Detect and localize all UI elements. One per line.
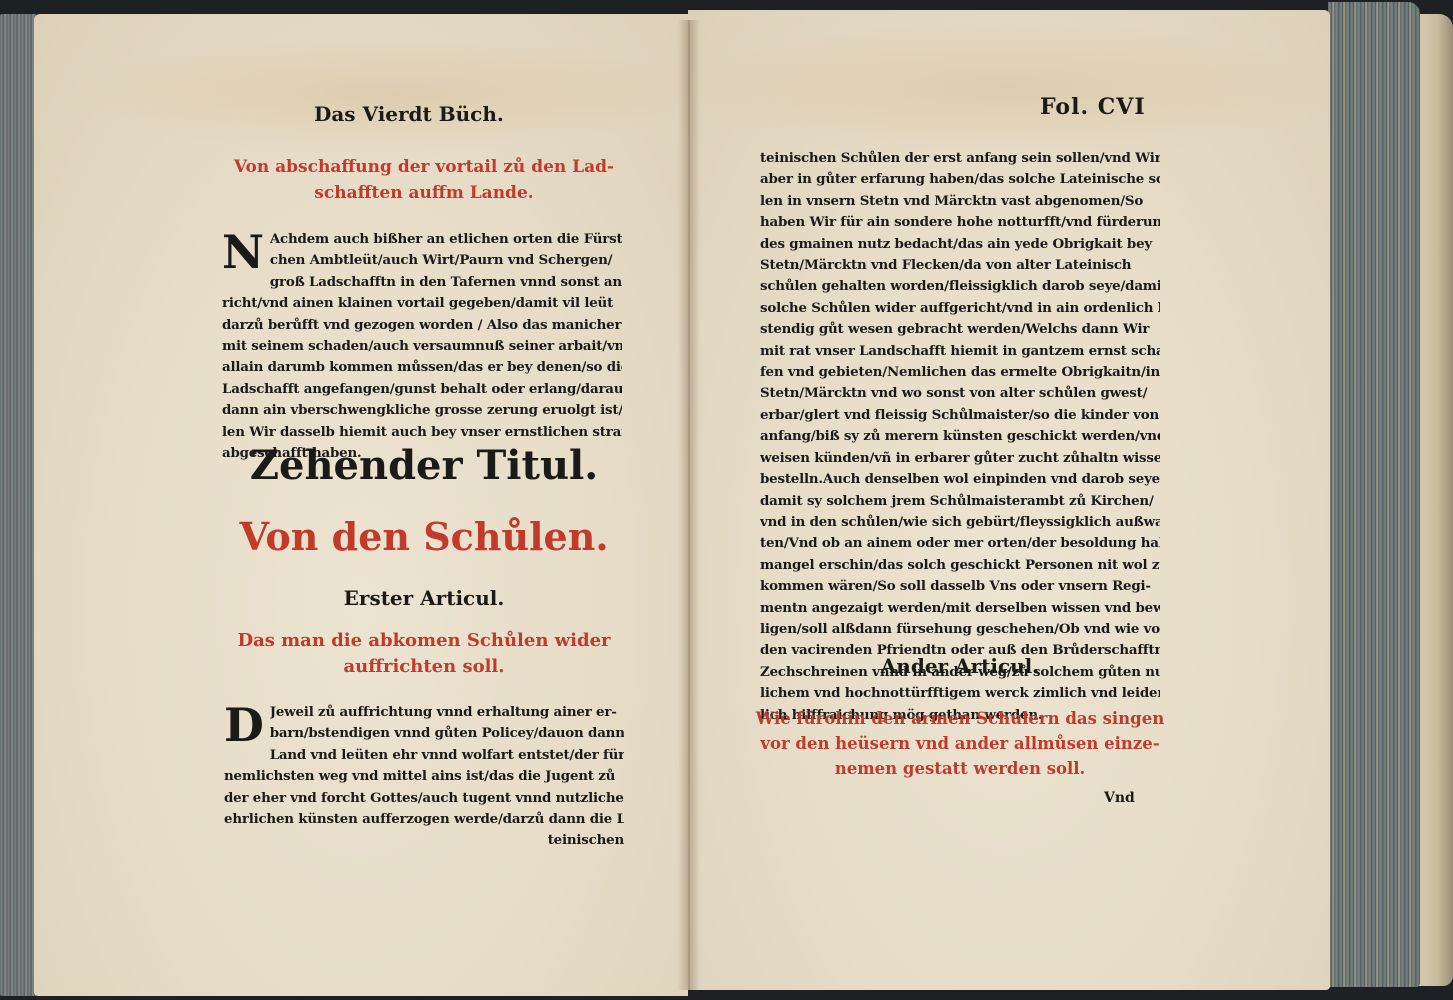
chapter-subtitle: Von den Schůlen.	[224, 514, 624, 559]
text-line: bestelln.Auch denselben wol einpinden vn…	[760, 469, 1160, 490]
text-line: kommen wären/So soll dasselb Vns oder vn…	[760, 576, 1160, 597]
right-page-stack	[1328, 2, 1420, 987]
catchword: Vnd	[1104, 790, 1135, 806]
text-line: lichem vnd hochnottürfftigem werck zimli…	[760, 683, 1160, 704]
text-line: weisen künden/vñ in erbarer gůter zucht …	[760, 448, 1160, 469]
text-line: Achdem auch bißher an etlichen orten die…	[270, 229, 622, 250]
paragraph-schulen: D Jeweil zů auffrichtung vnnd erhaltung …	[224, 702, 624, 852]
running-head: Das Vierdt Büch.	[314, 102, 504, 126]
text-line: len in vnsern Stetn vnd Märcktn vast abg…	[760, 191, 1160, 212]
text-line: stendig gůt wesen gebracht werden/Welchs…	[760, 319, 1160, 340]
text-line: damit sy solchem jrem Schůlmaisterambt z…	[760, 491, 1160, 512]
text-line: Ladschafft angefangen/gunst behalt oder …	[222, 379, 622, 400]
water-stain	[688, 20, 1328, 160]
article-heading: Wie fürohin den armen Schulern das singe…	[750, 706, 1170, 781]
text-line: barn/bstendigen vnnd gůten Policey/dauon…	[270, 723, 624, 744]
text-line: ligen/soll alßdann fürsehung geschehen/O…	[760, 619, 1160, 640]
text-line: erbar/glert vnd fleissig Schůlmaister/so…	[760, 405, 1160, 426]
section-heading-line: Von abschaffung der vortail zů den Lad-	[224, 154, 624, 180]
text-line: dann ain vberschwengkliche grosse zerung…	[222, 400, 622, 421]
text-line: des gmainen nutz bedacht/das ain yede Ob…	[760, 234, 1160, 255]
drop-capital: N	[222, 231, 264, 273]
text-line: nemlichsten weg vnd mittel ains ist/das …	[224, 766, 624, 787]
left-page-stack	[0, 14, 36, 996]
text-line: ten/Vnd ob an ainem oder mer orten/der b…	[760, 533, 1160, 554]
text-line: richt/vnd ainen klainen vortail gegeben/…	[222, 293, 622, 314]
text-line: mentn angezaigt werden/mit derselben wis…	[760, 598, 1160, 619]
text-line: Jeweil zů auffrichtung vnnd erhaltung ai…	[270, 702, 624, 723]
text-line: solche Schůlen wider auffgericht/vnd in …	[760, 298, 1160, 319]
text-line: aber in gůter erfarung haben/das solche …	[760, 169, 1160, 190]
text-line: schůlen gehalten worden/fleissigklich da…	[760, 276, 1160, 297]
article-heading-line: auffrichten soll.	[224, 654, 624, 680]
text-line: mangel erschin/das solch geschickt Perso…	[760, 555, 1160, 576]
article-heading-line: vor den heüsern vnd ander allmůsen einze…	[750, 731, 1170, 756]
text-line: groß Ladschafftn in den Tafernen vnnd so…	[270, 272, 622, 293]
article-heading: Das man die abkomen Schůlen wider auffri…	[224, 628, 624, 680]
paragraph-continued: teinischen Schůlen der erst anfang sein …	[760, 148, 1160, 726]
text-line: mit seinem schaden/auch versaumnuß seine…	[222, 336, 622, 357]
text-line: anfang/biß sy zů merern künsten geschick…	[760, 426, 1160, 447]
text-line: Stetn/Märcktn vnd Flecken/da von alter L…	[760, 255, 1160, 276]
text-line: ehrlichen künsten aufferzogen werde/darz…	[224, 809, 624, 830]
text-line: darzů berůfft vnd gezogen worden / Also …	[222, 315, 622, 336]
article-heading-line: Das man die abkomen Schůlen wider	[224, 628, 624, 654]
catchword: teinischen	[224, 830, 624, 851]
text-line: mit rat vnser Landschafft hiemit in gant…	[760, 341, 1160, 362]
text-line: len Wir dasselb hiemit auch bey vnser er…	[222, 422, 622, 443]
chapter-title: Zehender Titul.	[224, 442, 624, 489]
text-line: Stetn/Märcktn vnd wo sonst von alter sch…	[760, 383, 1160, 404]
article-label: Ander Articul.	[760, 654, 1160, 678]
drop-capital: D	[224, 704, 264, 746]
text-line: vnd in den schůlen/wie sich gebürt/fleys…	[760, 512, 1160, 533]
folio-number: Fol. CVI	[1040, 94, 1146, 120]
article-label: Erster Articul.	[224, 586, 624, 610]
left-page: Das Vierdt Büch. Von abschaffung der vor…	[34, 14, 688, 996]
section-heading: Von abschaffung der vortail zů den Lad- …	[224, 154, 624, 206]
text-line: haben Wir für ain sondere hohe notturfft…	[760, 212, 1160, 233]
text-line: fen vnd gebieten/Nemlichen das ermelte O…	[760, 362, 1160, 383]
section-heading-line: schafften auffm Lande.	[224, 180, 624, 206]
article-heading-line: nemen gestatt werden soll.	[750, 756, 1170, 781]
right-page: Fol. CVI teinischen Schůlen der erst anf…	[688, 10, 1330, 990]
text-line: chen Ambtleüt/auch Wirt/Paurn vnd Scherg…	[270, 250, 622, 271]
water-stain	[74, 34, 694, 154]
open-book: Das Vierdt Büch. Von abschaffung der vor…	[0, 0, 1453, 1000]
text-line: Land vnd leüten ehr vnnd wolfart entstet…	[270, 745, 624, 766]
book-gutter	[678, 20, 700, 990]
text-line: der eher vnd forcht Gottes/auch tugent v…	[224, 788, 624, 809]
article-heading-line: Wie fürohin den armen Schulern das singe…	[750, 706, 1170, 731]
paragraph-ladschafft: N Achdem auch bißher an etlichen orten d…	[222, 229, 622, 464]
text-line: allain darumb kommen můssen/das er bey d…	[222, 357, 622, 378]
text-line: teinischen Schůlen der erst anfang sein …	[760, 148, 1160, 169]
